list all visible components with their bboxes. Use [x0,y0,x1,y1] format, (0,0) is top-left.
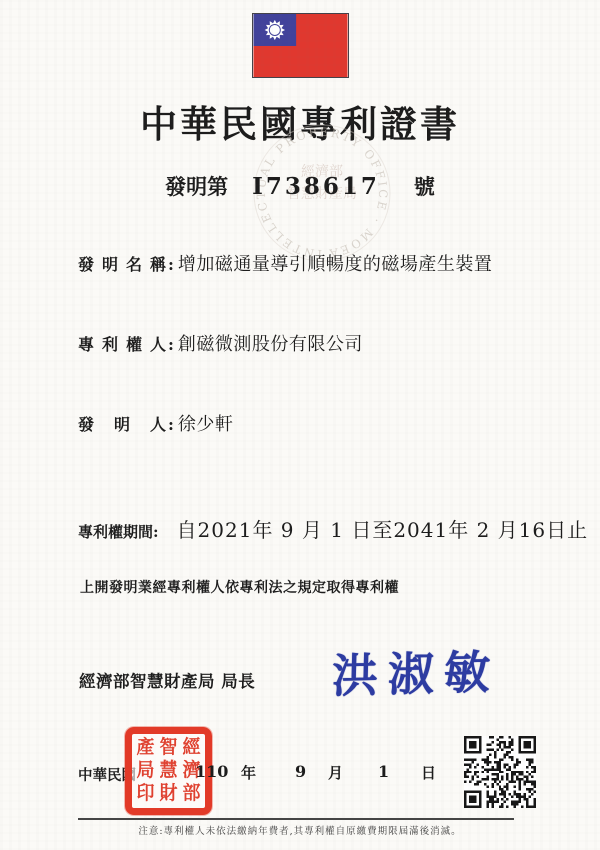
roc-flag-icon [252,13,349,78]
field-label: 發明人 [78,412,166,435]
patent-number-prefix: 發明第 [165,171,228,201]
date-month: 9 [295,762,306,781]
inventor-value: 徐少軒 [178,410,234,436]
date-year-unit: 年 [241,762,256,783]
field-label: 發明名稱 [78,252,166,275]
field-colon: : [168,415,174,434]
patent-number: I738617 [252,173,380,200]
legal-statement: 上開發明業經專利權人依專利法之規定取得專利權 [80,577,399,597]
seal-char: 局 [137,762,155,781]
date-year: 110 [195,762,228,781]
term-value: 自2021年 9 月 1 日至2041年 2 月16日止 [177,514,589,543]
seal-char: 印 [137,785,155,804]
date-day-unit: 日 [421,762,436,783]
qr-code [464,736,536,808]
date-day: 1 [378,762,389,781]
seal-char: 經 [183,738,201,757]
seal-char: 財 [160,785,178,804]
patent-number-suffix: 號 [414,171,435,201]
footnote-divider [78,818,514,820]
field-inventor: 發明人 : 徐少軒 [78,410,233,436]
patent-certificate-page: 中華民國專利證書 INTELLECTUAL PROPERTY OFFICE · … [0,0,600,850]
director-signature: 洪淑敏 [331,636,501,706]
field-colon: : [168,255,174,274]
field-colon: : [168,335,174,354]
field-label: 專利權人 [78,332,166,355]
patent-number-row: 發明第 I738617 號 [0,171,600,201]
field-invention-name: 發明名稱 : 增加磁通量導引順暢度的磁場產生裝置 [78,250,492,276]
seal-char: 產 [137,738,155,757]
term-label: 專利權期間: [78,521,159,542]
field-patentee: 專利權人 : 創磁微測股份有限公司 [78,330,363,356]
seal-char: 慧 [160,762,178,781]
issuing-office-title: 經濟部智慧財產局 局長 [79,668,255,692]
seal-char: 智 [160,738,178,757]
footnote-text: 注意:專利權人未依法繳納年費者,其專利權自原繳費期限屆滿後消滅。 [0,823,600,837]
field-patent-term: 專利權期間: 自2021年 9 月 1 日至2041年 2 月16日止 [78,514,588,543]
date-month-unit: 月 [328,762,343,783]
seal-char: 部 [183,785,201,804]
patentee-value: 創磁微測股份有限公司 [178,330,363,356]
invention-name-value: 增加磁通量導引順暢度的磁場產生裝置 [178,250,493,276]
